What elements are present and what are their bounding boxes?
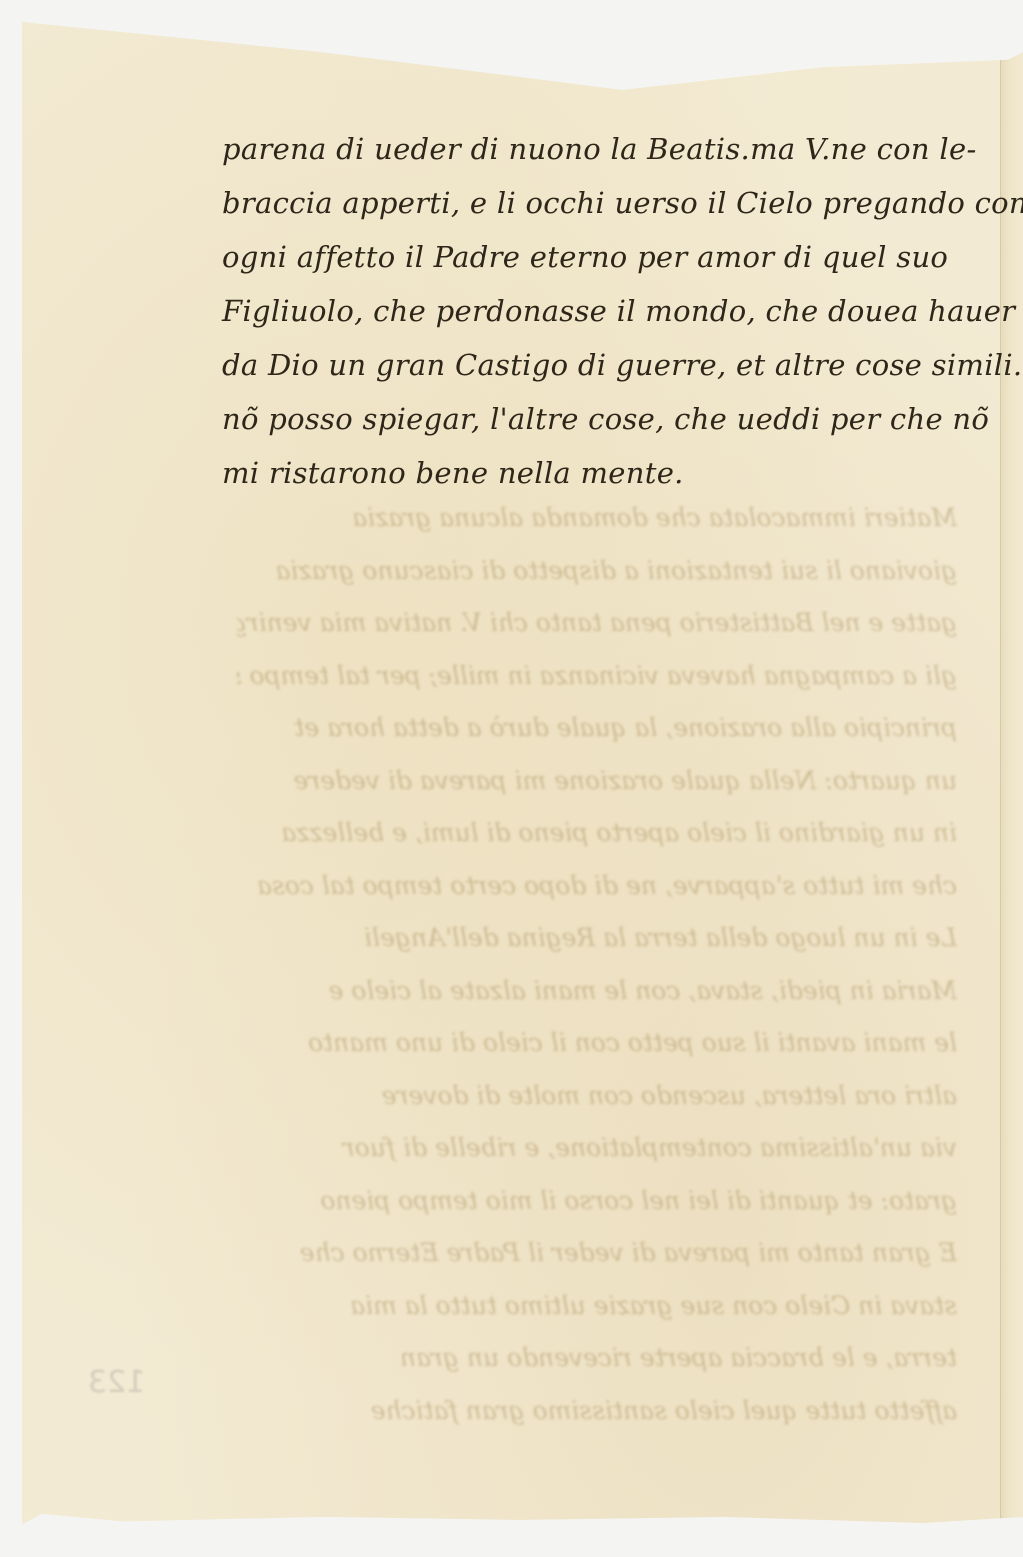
text-line: parena di ueder di nuono la Beatis.ma V.… [222, 122, 962, 176]
bleed-line: Maria in piedi, stava, con le mani alzat… [237, 965, 957, 1018]
bleed-line: principio alla orazione, la quale durò a… [237, 702, 957, 755]
bleed-through-text: Matieri immacolata che domanda alcuna gr… [237, 492, 957, 1437]
bleed-line: terra, e le braccia aperte ricevendo un … [237, 1332, 957, 1385]
folio-number-bleed: 123 [88, 1365, 145, 1400]
bleed-line: altri ora lettera, uscendo con molte di … [237, 1070, 957, 1123]
bleed-line: gatte e nel Battisterio pena tanto chi V… [237, 597, 957, 650]
bleed-line: che mi tutto s'apparve, ne di dopo certo… [237, 860, 957, 913]
text-line: da Dio un gran Castigo di guerre, et alt… [222, 338, 962, 392]
text-line: Figliuolo, che perdonasse il mondo, che … [222, 284, 962, 338]
text-line: ogni affetto il Padre eterno per amor di… [222, 230, 962, 284]
text-line: nõ posso spiegar, l'altre cose, che uedd… [222, 392, 962, 446]
bleed-line: E gran tanto mi pareva di veder il Padre… [237, 1227, 957, 1280]
bleed-line: gioviano li sui tentazioni a dispetto di… [237, 545, 957, 598]
bleed-line: stava in Cielo con sue grazie ultimo tut… [237, 1280, 957, 1333]
bleed-line: le mani avanti il suo petto con il cielo… [237, 1017, 957, 1070]
bleed-line: un quarto: Nella quale orazione mi parev… [237, 755, 957, 808]
bleed-line: in un giardino il cielo aperto pieno di … [237, 807, 957, 860]
bleed-line: via un'altissima contemplatione, e ribel… [237, 1122, 957, 1175]
bleed-line: grato: et quanti di lei nel corso il mio… [237, 1175, 957, 1228]
text-line: mi ristarono bene nella mente. [222, 446, 962, 500]
bleed-line: affetto tutte quel cielo santissimo gran… [237, 1385, 957, 1438]
page-fold-edge [1000, 22, 1023, 1532]
bleed-line: gli a campagna haveva vicinanza in mille… [237, 650, 957, 703]
text-line: braccia apperti, e li occhi uerso il Cie… [222, 176, 962, 230]
handwritten-text-block: parena di ueder di nuono la Beatis.ma V.… [222, 122, 962, 500]
bleed-line: Le in un luogo della terra la Regina del… [237, 912, 957, 965]
